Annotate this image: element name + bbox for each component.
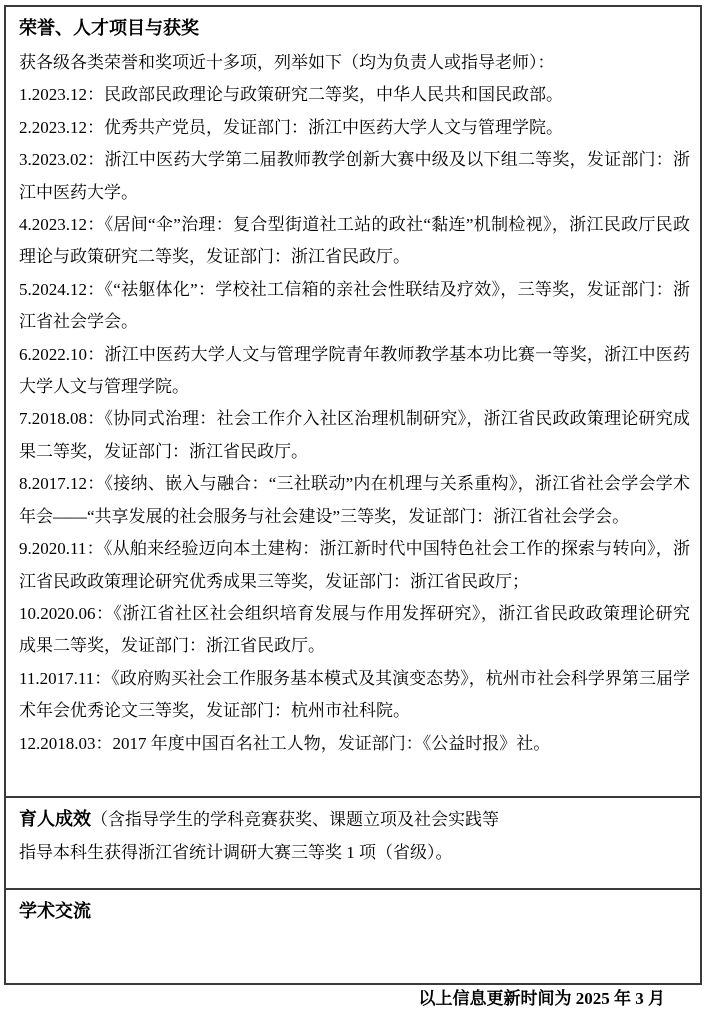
section-education-body: 指导本科生获得浙江省统计调研大赛三等奖 1 项（省级）。 xyxy=(19,836,690,869)
honors-item: 1.2023.12：民政部民政理论与政策研究二等奖，中华人民共和国民政部。 xyxy=(19,79,690,111)
document-page: 荣誉、人才项目与获奖 获各级各类荣誉和奖项近十多项，列举如下（均为负责人或指导老… xyxy=(0,0,709,1015)
honors-item: 10.2020.06：《浙江省社区社会组织培育发展与作用发挥研究》，浙江省民政政… xyxy=(19,598,690,663)
honors-item: 8.2017.12：《接纳、嵌入与融合：“三社联动”内在机理与关系重构》，浙江省… xyxy=(19,468,690,533)
honors-item: 3.2023.02：浙江中医药大学第二届教师教学创新大赛中级及以下组二等奖，发证… xyxy=(19,144,690,209)
update-time-note: 以上信息更新时间为 2025 年 3 月 xyxy=(419,987,666,1011)
honors-item: 11.2017.11：《政府购买社会工作服务基本模式及其演变态势》，杭州市社会科… xyxy=(19,663,690,728)
section-education-title-note: （含指导学生的学科竞赛获奖、课题立项及社会实践等 xyxy=(91,810,499,829)
section-honors: 荣誉、人才项目与获奖 获各级各类荣誉和奖项近十多项，列举如下（均为负责人或指导老… xyxy=(6,7,700,798)
section-education-title: 育人成效 xyxy=(19,809,91,829)
section-exchange-title: 学术交流 xyxy=(19,895,690,927)
honors-item: 2.2023.12：优秀共产党员，发证部门：浙江中医药大学人文与管理学院。 xyxy=(19,112,690,144)
section-honors-intro: 获各级各类荣誉和奖项近十多项，列举如下（均为负责人或指导老师）： xyxy=(19,47,690,79)
honors-item: 6.2022.10：浙江中医药大学人文与管理学院青年教师教学基本功比赛一等奖，浙… xyxy=(19,339,690,404)
honors-item: 12.2018.03：2017 年度中国百名社工人物，发证部门：《公益时报》社。 xyxy=(19,728,690,760)
honors-item: 5.2024.12：《“祛躯体化”：学校社工信箱的亲社会性联结及疗效》，三等奖，… xyxy=(19,274,690,339)
honors-item: 4.2023.12：《居间“伞”治理：复合型街道社工站的政社“黏连”机制检视》，… xyxy=(19,209,690,274)
honors-list: 1.2023.12：民政部民政理论与政策研究二等奖，中华人民共和国民政部。2.2… xyxy=(19,79,690,760)
honors-item: 7.2018.08：《协同式治理：社会工作介入社区治理机制研究》，浙江省民政政策… xyxy=(19,403,690,468)
section-education: 育人成效（含指导学生的学科竞赛获奖、课题立项及社会实践等 指导本科生获得浙江省统… xyxy=(6,798,700,890)
cv-table: 荣誉、人才项目与获奖 获各级各类荣誉和奖项近十多项，列举如下（均为负责人或指导老… xyxy=(4,5,702,985)
honors-item: 9.2020.11：《从舶来经验迈向本土建构：浙江新时代中国特色社会工作的探索与… xyxy=(19,533,690,598)
section-exchange: 学术交流 xyxy=(6,890,700,983)
section-honors-title: 荣誉、人才项目与获奖 xyxy=(19,12,690,44)
section-education-heading: 育人成效（含指导学生的学科竞赛获奖、课题立项及社会实践等 xyxy=(19,803,690,836)
